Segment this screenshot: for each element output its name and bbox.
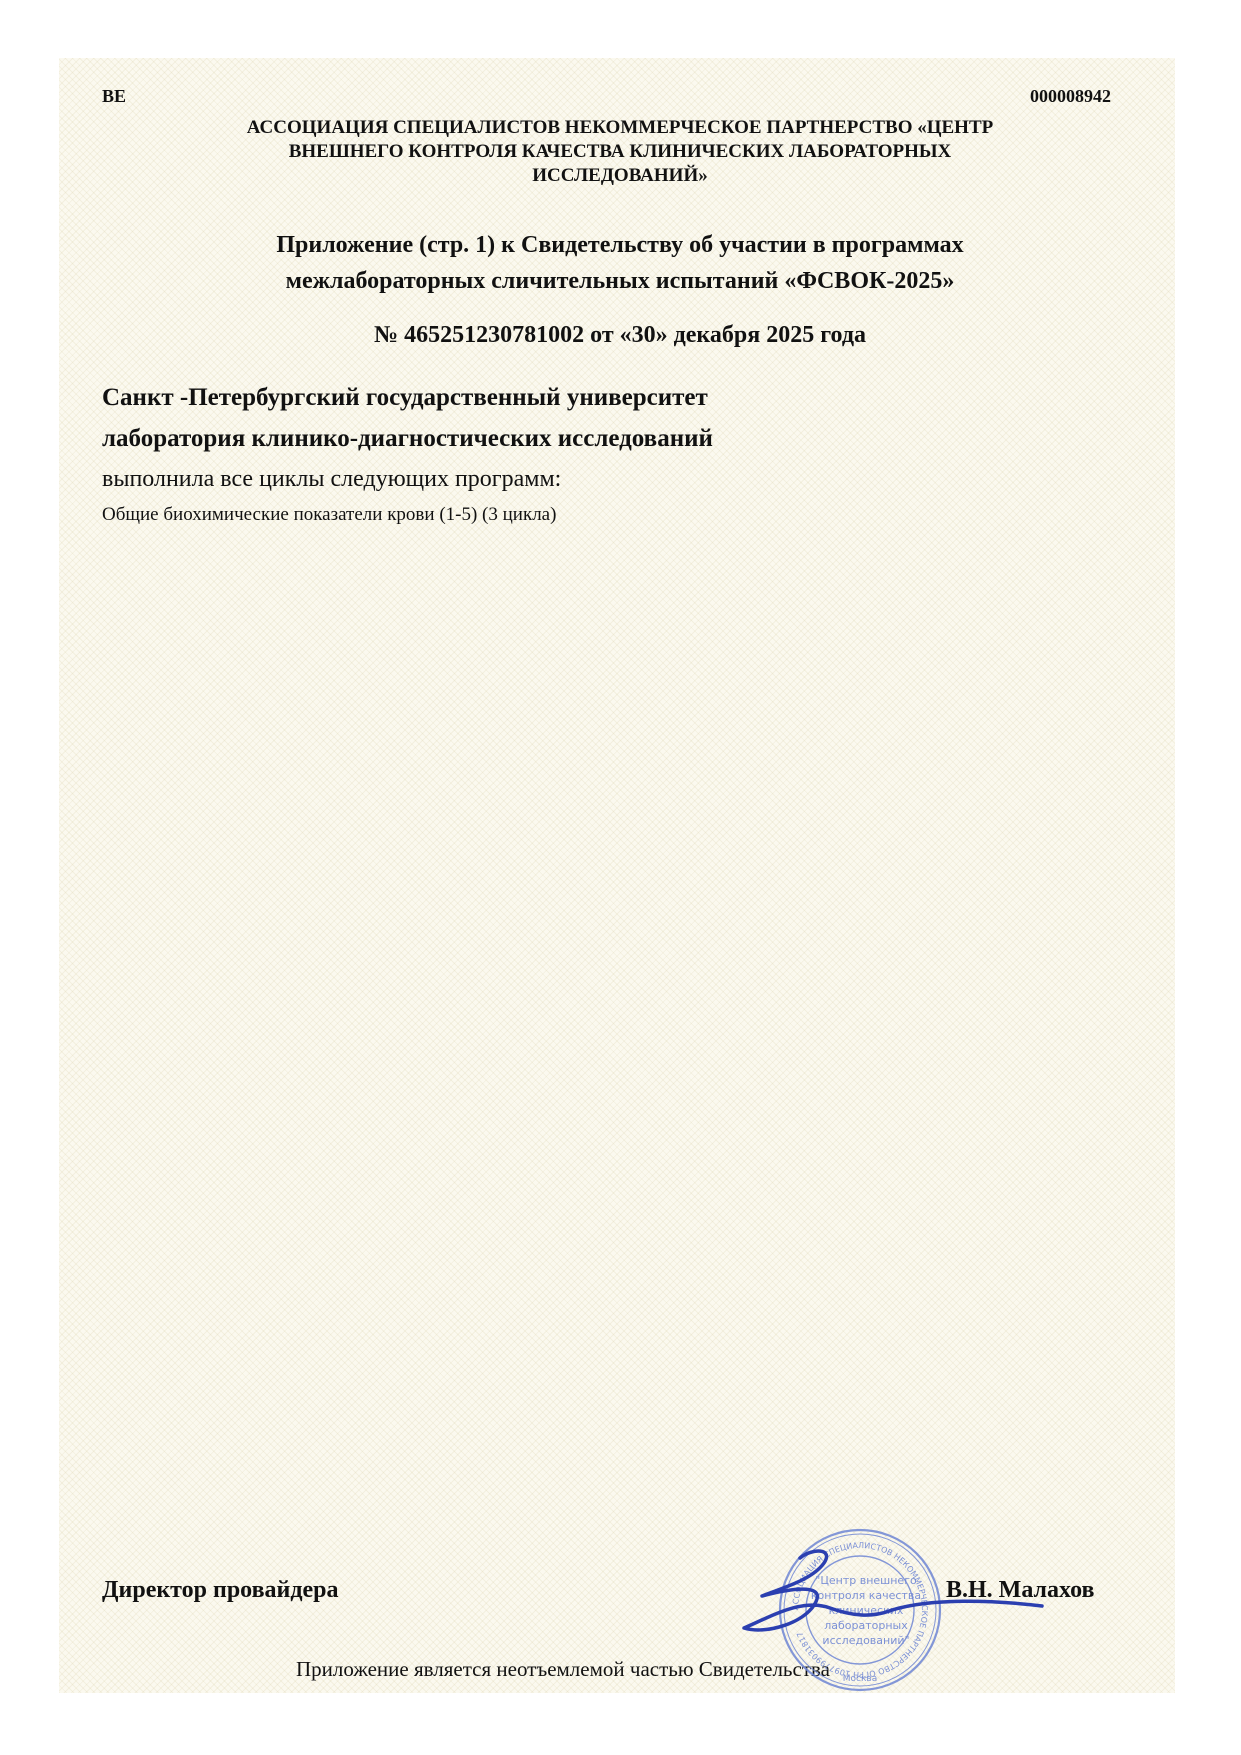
- footer-note: Приложение является неотъемлемой частью …: [296, 1657, 830, 1682]
- organization-line: ИССЛЕДОВАНИЙ»: [140, 164, 1100, 188]
- title-line: Приложение (стр. 1) к Свидетельству об у…: [150, 227, 1090, 263]
- document-code: ВЕ: [102, 86, 126, 107]
- title-line: межлабораторных сличительных испытаний «…: [150, 263, 1090, 299]
- signer-position: Директор провайдера: [102, 1577, 339, 1604]
- laboratory-name-line: лаборатория клинико-диагностических иссл…: [102, 425, 713, 453]
- serial-number: 000008942: [1030, 86, 1111, 107]
- certificate-number: № 465251230781002 от «30» декабря 2025 г…: [150, 322, 1090, 349]
- laboratory-name-line: Санкт -Петербургский государственный уни…: [102, 384, 708, 412]
- organization-line: ВНЕШНЕГО КОНТРОЛЯ КАЧЕСТВА КЛИНИЧЕСКИХ Л…: [140, 140, 1100, 164]
- organization-name: АССОЦИАЦИЯ СПЕЦИАЛИСТОВ НЕКОММЕРЧЕСКОЕ П…: [140, 116, 1100, 188]
- certificate-appendix-page: [59, 58, 1175, 1693]
- document-title: Приложение (стр. 1) к Свидетельству об у…: [150, 227, 1090, 299]
- performed-text: выполнила все циклы следующих программ:: [102, 466, 561, 493]
- organization-line: АССОЦИАЦИЯ СПЕЦИАЛИСТОВ НЕКОММЕРЧЕСКОЕ П…: [140, 116, 1100, 140]
- program-item: Общие биохимические показатели крови (1-…: [102, 504, 556, 526]
- signer-name: В.Н. Малахов: [946, 1577, 1094, 1604]
